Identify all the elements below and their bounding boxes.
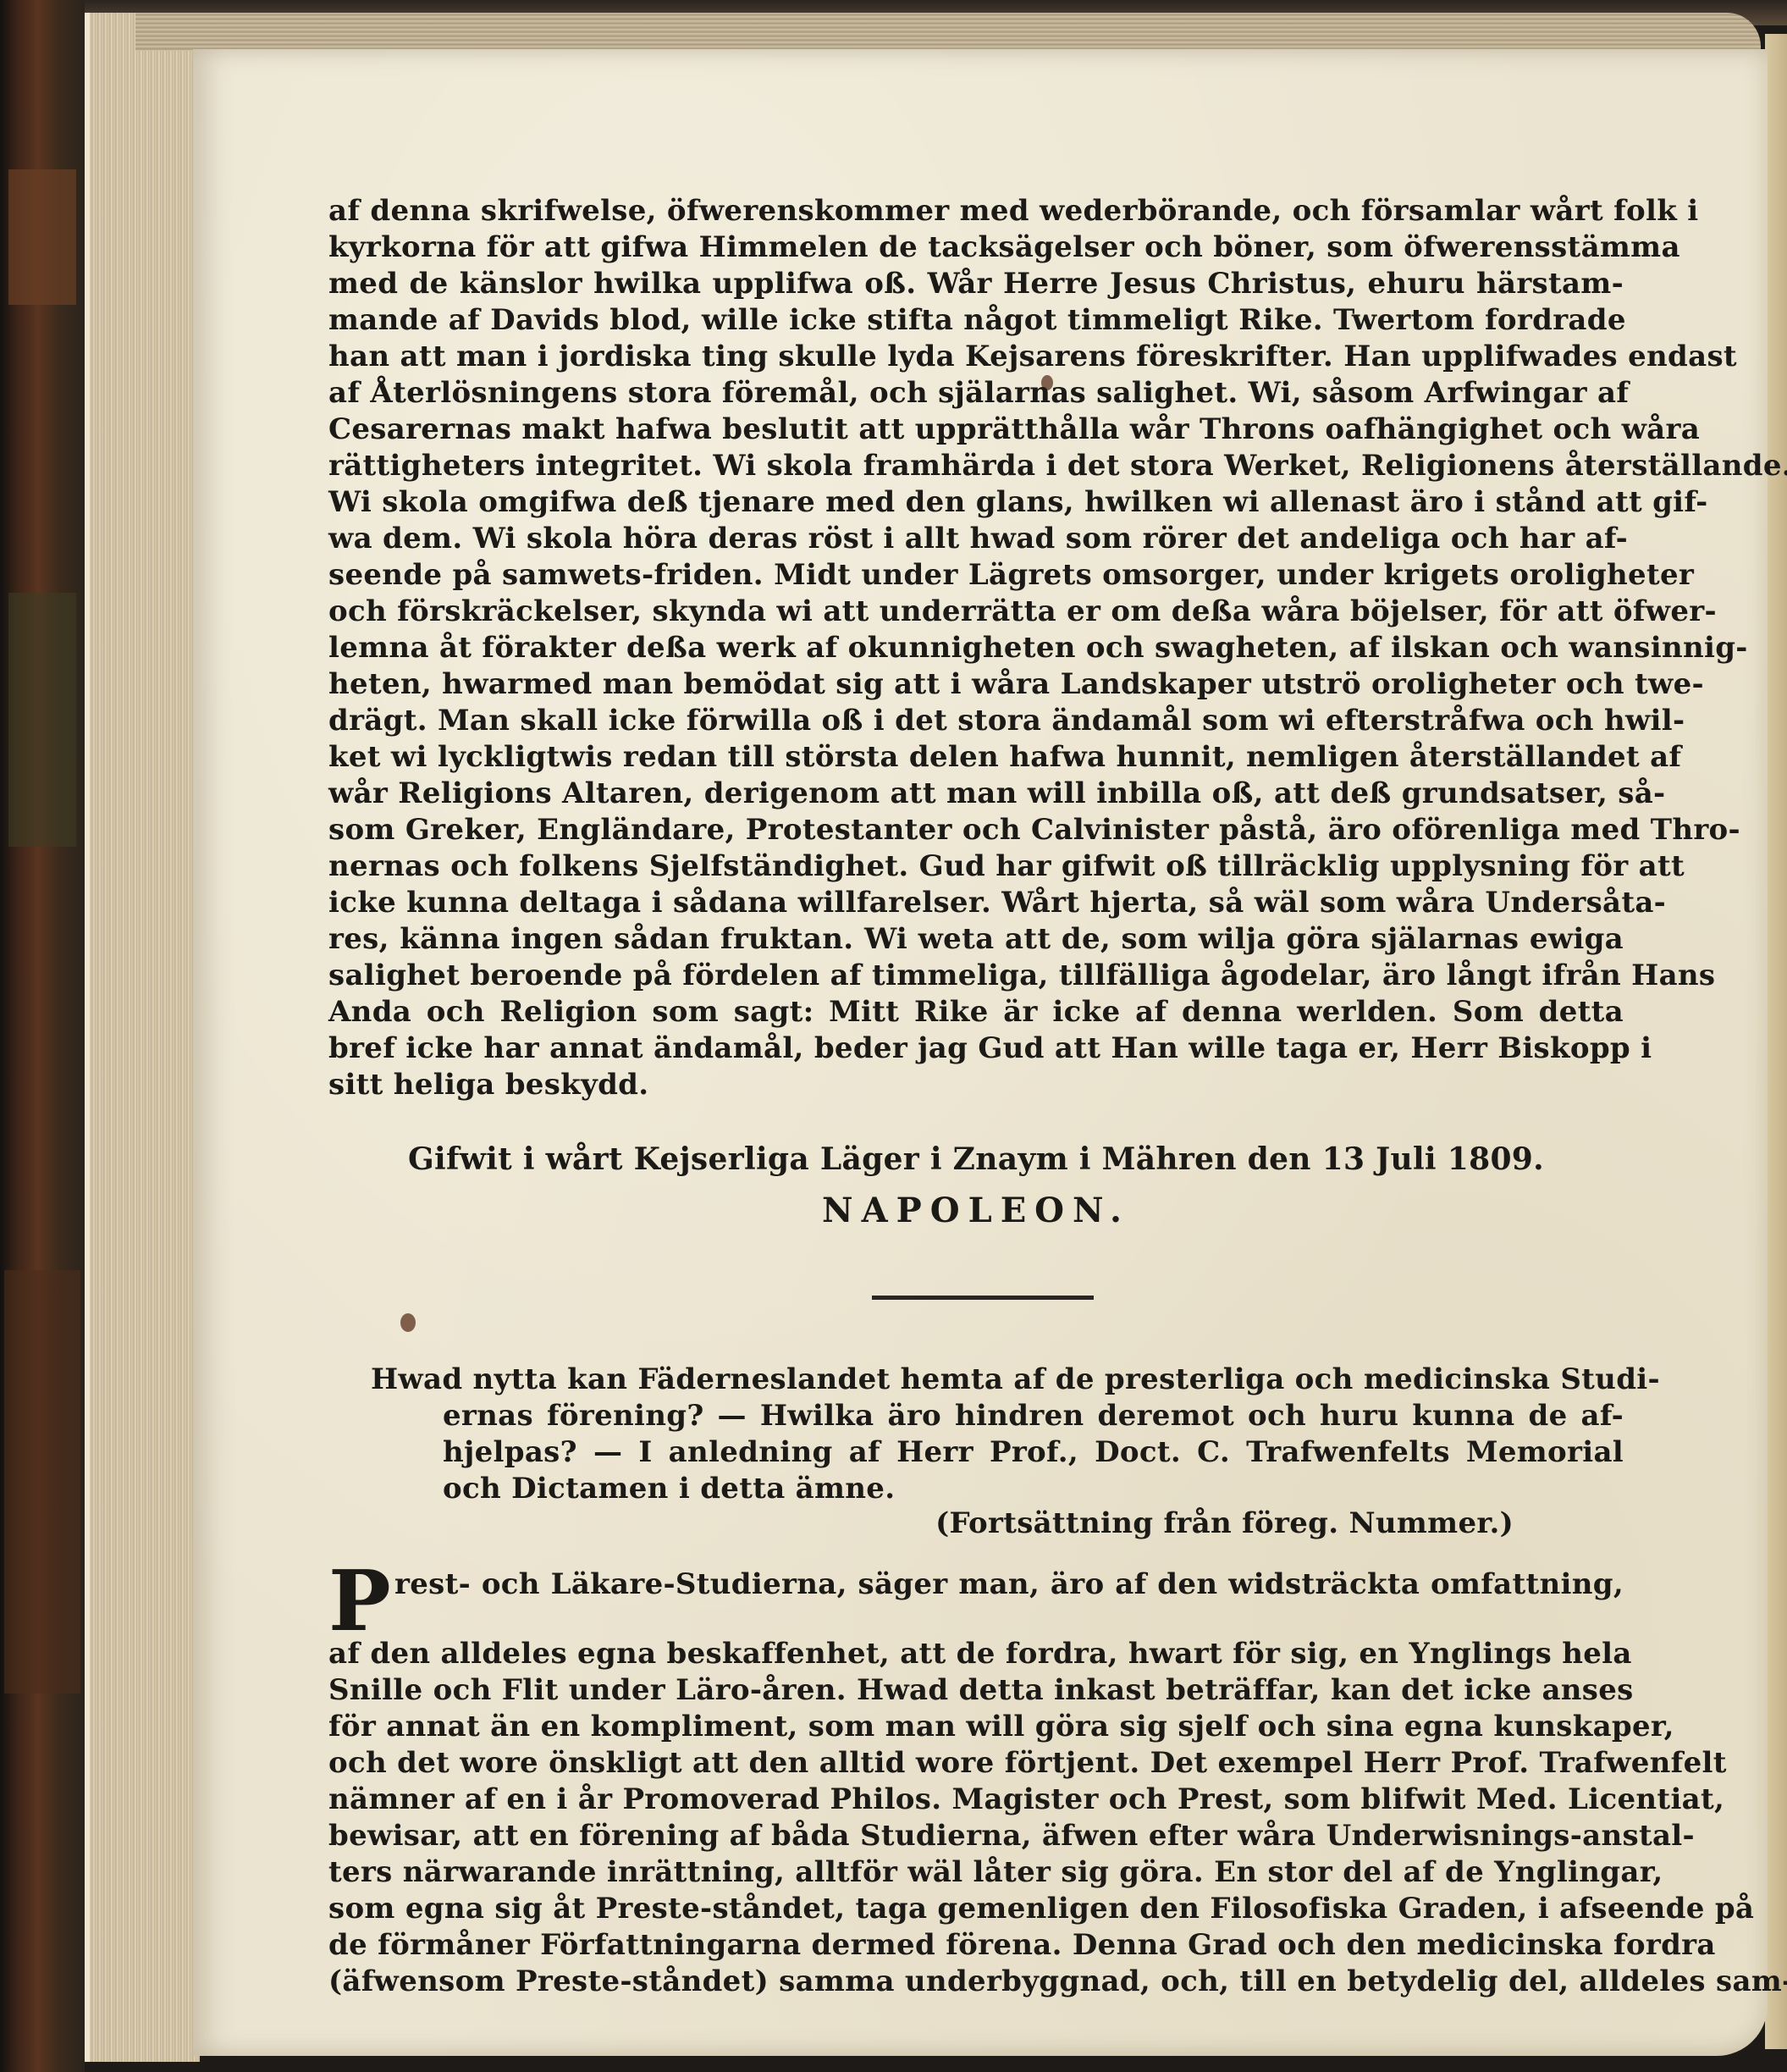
text-line: af den alldeles egna beskaffenhet, att d… <box>328 1636 1624 1672</box>
section-divider <box>872 1296 1094 1300</box>
text-line: ters närwarande inrättning, alltför wäl … <box>328 1854 1624 1891</box>
text-line: Anda och Religion som sagt: Mitt Rike är… <box>328 994 1624 1030</box>
page-top-edges <box>135 13 1761 51</box>
title-line: och Dictamen i detta ämne. <box>371 1471 1624 1507</box>
continuation-note: (Fortsättning från föreg. Nummer.) <box>328 1506 1624 1542</box>
text-line: som Greker, Engländare, Protestanter och… <box>328 812 1624 848</box>
text-line: lemna åt förakter deßa werk af okunnighe… <box>328 630 1624 666</box>
marbled-cover-patch <box>8 593 76 847</box>
text-line: Snille och Flit under Läro-åren. Hwad de… <box>328 1672 1624 1709</box>
text-line: han att man i jordiska ting skulle lyda … <box>328 339 1624 375</box>
text-line: wår Religions Altaren, derigenom att man… <box>328 776 1624 812</box>
text-line: mande af Davids blod, wille icke stifta … <box>328 302 1624 339</box>
stacked-page-edges <box>85 13 200 2062</box>
text-line: bewisar, att en förening af båda Studier… <box>328 1818 1624 1854</box>
article-title: Hwad nytta kan Fäderneslandet hemta af d… <box>371 1362 1624 1507</box>
marbled-cover-patch <box>4 1270 80 1694</box>
signature: NAPOLEON. <box>328 1192 1624 1229</box>
title-line: hjelpas? — I anledning af Herr Prof., Do… <box>371 1434 1624 1471</box>
ink-stain <box>400 1313 416 1332</box>
text-line: med de känslor hwilka upplifwa oß. Wår H… <box>328 266 1624 302</box>
dateline: Gifwit i wårt Kejserliga Läger i Znaym i… <box>328 1141 1624 1178</box>
text-line: rättigheters integritet. Wi skola framhä… <box>328 448 1624 484</box>
text-line: och det wore önskligt att den alltid wor… <box>328 1745 1624 1782</box>
marbled-cover-patch <box>8 169 76 305</box>
drop-cap: P <box>328 1568 391 1636</box>
text-line: sitt heliga beskydd. <box>328 1067 1624 1103</box>
text-line: nernas och folkens Sjelfständighet. Gud … <box>328 848 1624 885</box>
text-line: Cesarernas makt hafwa beslutit att upprä… <box>328 412 1624 448</box>
text-line: rest- och Läkare-Studierna, säger man, ä… <box>328 1566 1624 1603</box>
text-line: wa dem. Wi skola höra deras röst i allt … <box>328 521 1624 557</box>
text-line: salighet beroende på fördelen af timmeli… <box>328 958 1624 994</box>
text-line: res, känna ingen sådan fruktan. Wi weta … <box>328 921 1624 958</box>
text-line: kyrkorna för att gifwa Himmelen de tacks… <box>328 229 1624 266</box>
text-line: icke kunna deltaga i sådana willfarelser… <box>328 885 1624 921</box>
title-line: Hwad nytta kan Fäderneslandet hemta af d… <box>371 1362 1624 1398</box>
page-text: af denna skrifwelse, öfwerenskommer med … <box>328 193 1624 1103</box>
text-line: de förmåner Författningarna dermed fören… <box>328 1927 1624 1964</box>
decree-text: af denna skrifwelse, öfwerenskommer med … <box>328 193 1624 1103</box>
title-line: ernas förening? — Hwilka äro hindren der… <box>371 1398 1624 1434</box>
text-line: som egna sig åt Preste-ståndet, taga gem… <box>328 1891 1624 1927</box>
text-line: seende på samwets-friden. Midt under Läg… <box>328 557 1624 594</box>
book-page: af denna skrifwelse, öfwerenskommer med … <box>193 49 1768 2056</box>
article-body: P rest- och Läkare-Studierna, säger man,… <box>328 1566 1624 2000</box>
text-line: och förskräckelser, skynda wi att underr… <box>328 594 1624 630</box>
text-line: af Återlösningens stora föremål, och sjä… <box>328 375 1624 412</box>
text-line: drägt. Man skall icke förwilla oß i det … <box>328 703 1624 739</box>
book-binding-spine <box>0 0 85 2072</box>
text-line: för annat än en kompliment, som man will… <box>328 1709 1624 1745</box>
text-line: (äfwensom Preste-ståndet) samma underbyg… <box>328 1964 1624 2000</box>
text-line: Wi skola omgifwa deß tjenare med den gla… <box>328 484 1624 521</box>
text-line: ket wi lyckligtwis redan till största de… <box>328 739 1624 776</box>
text-line: nämner af en i år Promoverad Philos. Mag… <box>328 1782 1624 1818</box>
page-right-edge <box>1765 34 1787 2049</box>
text-line: bref icke har annat ändamål, beder jag G… <box>328 1030 1624 1067</box>
text-line: af denna skrifwelse, öfwerenskommer med … <box>328 193 1624 229</box>
text-line: heten, hwarmed man bemödat sig att i wår… <box>328 666 1624 703</box>
